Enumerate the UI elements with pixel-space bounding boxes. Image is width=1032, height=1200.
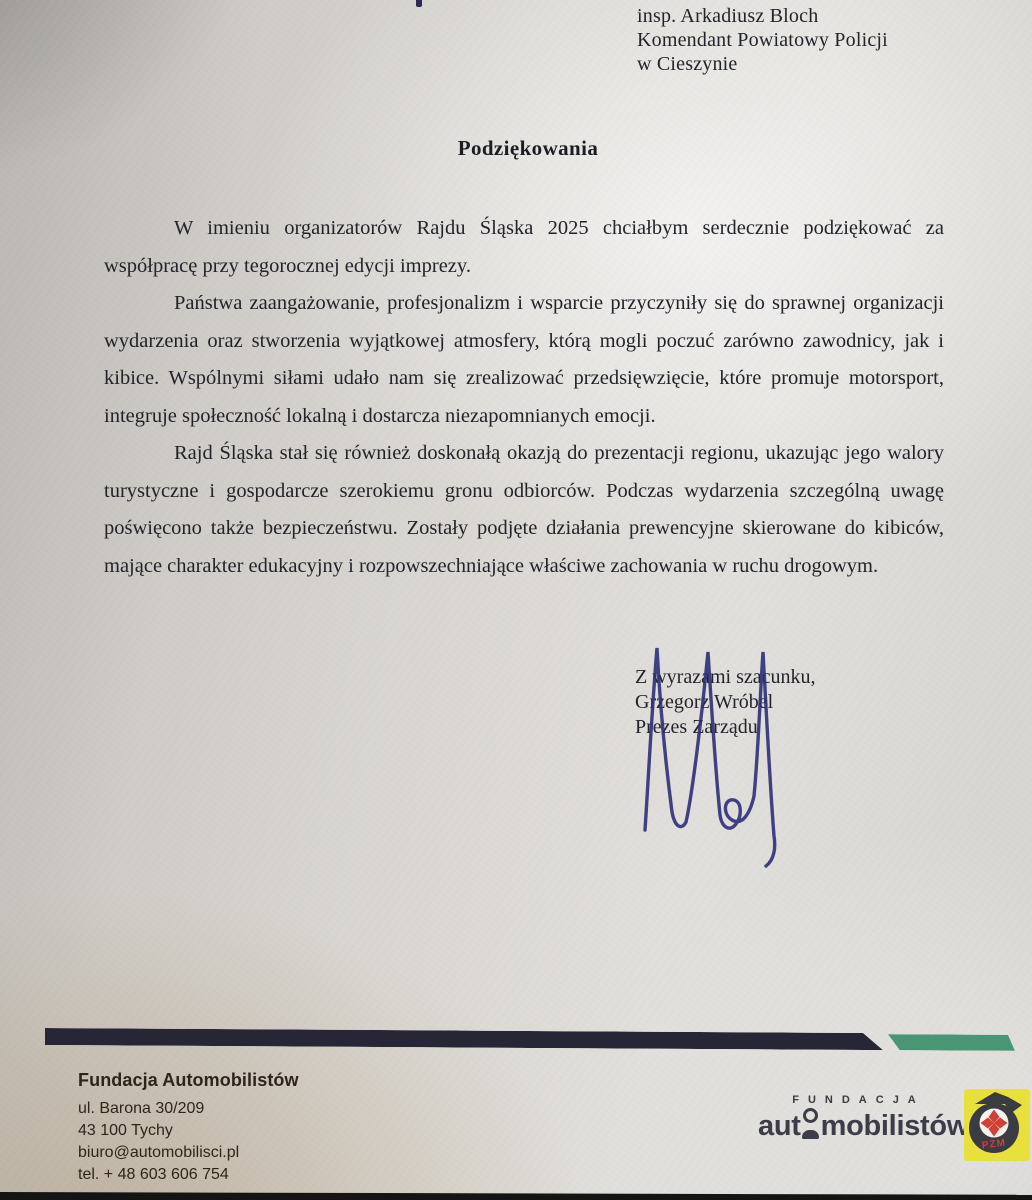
divider-bar-dark [45, 1028, 883, 1050]
scanned-letter-page: insp. Arkadiusz Bloch Komendant Powiatow… [0, 0, 1032, 1200]
paragraph-1: W imieniu organizatorów Rajdu Śląska 202… [104, 210, 944, 285]
paragraph-3: Rajd Śląska stał się również doskonałą o… [104, 435, 944, 585]
recipient-title: Komendant Powiatowy Policji [637, 28, 888, 52]
person-head-ring-icon [803, 1108, 818, 1123]
pzm-badge-icon: PZM [964, 1089, 1030, 1161]
logo-wordmark: autmobilistów [758, 1110, 950, 1143]
letter-body: W imieniu organizatorów Rajdu Śląska 202… [104, 210, 944, 585]
fundacja-automobilistow-logo: FUNDACJA autmobilistów [758, 1094, 950, 1143]
footer-email: biuro@automobilisci.pl [78, 1142, 299, 1164]
paragraph-2: Państwa zaangażowanie, profesjonalizm i … [104, 285, 944, 435]
scan-bottom-edge [0, 1192, 1032, 1200]
paper-grain-texture [0, 0, 1032, 1200]
recipient-name: insp. Arkadiusz Bloch [637, 4, 888, 28]
footer-address-street: ul. Barona 30/209 [78, 1098, 299, 1120]
footer-contact-block: Fundacja Automobilistów ul. Barona 30/20… [78, 1070, 299, 1186]
divider-bar-green [888, 1034, 1015, 1051]
footer-org-name: Fundacja Automobilistów [78, 1070, 299, 1091]
footer-phone: tel. + 48 603 606 754 [78, 1164, 299, 1186]
logo-top-label: FUNDACJA [767, 1094, 950, 1106]
ink-mark-top-edge [416, 0, 422, 7]
logo-wordmark-prefix: aut [758, 1110, 801, 1142]
logo-person-o-icon [801, 1114, 821, 1143]
letter-title: Podziękowania [104, 136, 952, 161]
recipient-city: w Cieszynie [637, 52, 888, 76]
person-body-dome-icon [802, 1130, 819, 1139]
handwritten-signature [590, 636, 830, 896]
footer-address-city: 43 100 Tychy [78, 1120, 299, 1142]
logo-wordmark-suffix: mobilistów [821, 1110, 969, 1142]
recipient-block: insp. Arkadiusz Bloch Komendant Powiatow… [637, 4, 888, 76]
footer-divider-bars [45, 1028, 1020, 1052]
